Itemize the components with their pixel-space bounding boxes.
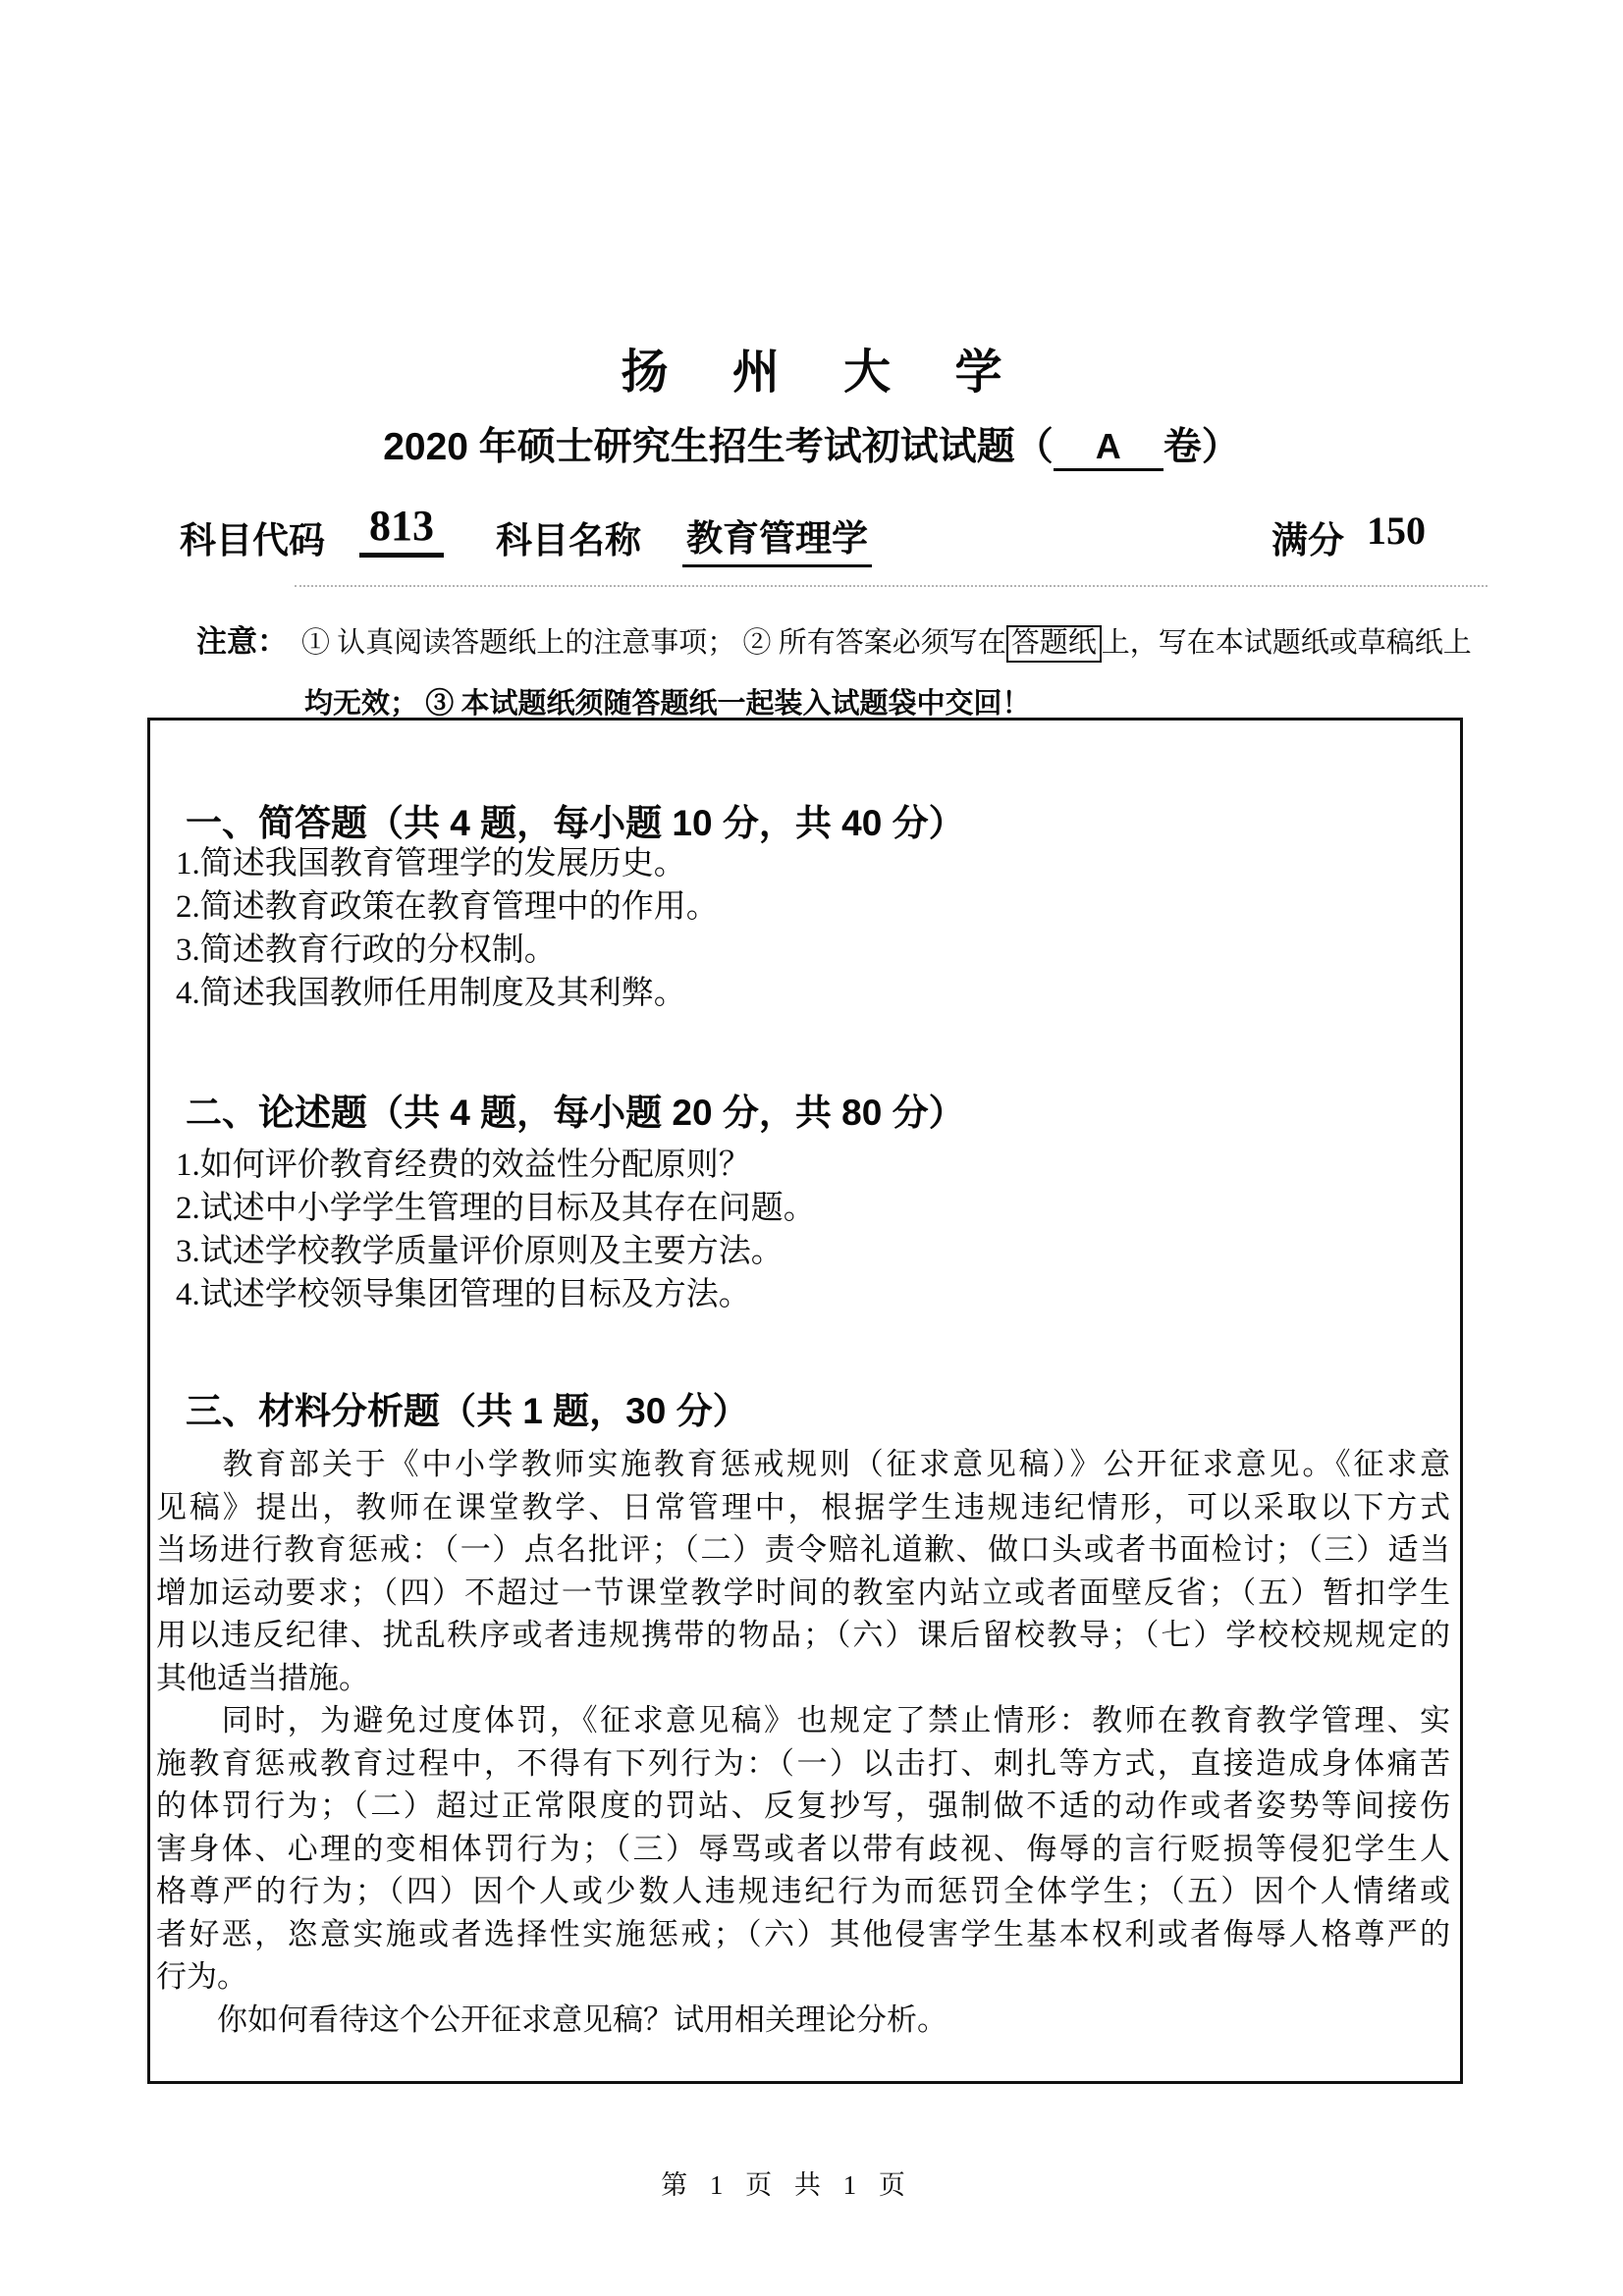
material-line: 害身体、心理的变相体罚行为；（三）辱骂或者以带有歧视、侮辱的言行贬损等侵犯学生人 bbox=[156, 1828, 1450, 1871]
material-line: 同时，为避免过度体罚，《征求意见稿》也规定了禁止情形：教师在教育教学管理、实 bbox=[156, 1699, 1450, 1742]
question-item: 3.试述学校教学质量评价原则及主要方法。 bbox=[176, 1230, 1440, 1273]
subject-code-label: 科目代码 bbox=[180, 510, 325, 563]
full-score-value: 150 bbox=[1367, 507, 1426, 554]
material-line: 其他适当措施。 bbox=[156, 1657, 1450, 1700]
material-line: 用以违反纪律、扰乱秩序或者违规携带的物品；（六）课后留校教导；（七）学校校规规定… bbox=[156, 1614, 1450, 1657]
exam-title-suffix: 卷） bbox=[1163, 426, 1240, 468]
notice-line-1: 注意：① 认真阅读答题纸上的注意事项； ② 所有答案必须写在答题纸上，写在本试题… bbox=[196, 622, 1502, 663]
subject-name-value: 教育管理学 bbox=[682, 508, 872, 567]
section-3-title: 三、材料分析题（共 1 题，30 分） bbox=[186, 1381, 749, 1434]
material-line: 的体罚行为；（二）超过正常限度的罚站、反复抄写，强制做不适的动作或者姿势等间接伤 bbox=[156, 1785, 1450, 1828]
section-3-material: 教育部关于《中小学教师实施教育惩戒规则（征求意见稿）》公开征求意见。《征求意 见… bbox=[156, 1443, 1450, 2041]
material-line: 行为。 bbox=[156, 1955, 1450, 1999]
subject-name-label: 科目名称 bbox=[496, 510, 641, 563]
question-box: 一、简答题（共 4 题，每小题 10 分，共 40 分） 1.简述我国教育管理学… bbox=[147, 718, 1463, 2084]
notice-text-seg1: ① 认真阅读答题纸上的注意事项； ② 所有答案必须写在 bbox=[301, 627, 1006, 659]
section-1-title: 一、简答题（共 4 题，每小题 10 分，共 40 分） bbox=[186, 793, 965, 846]
question-item: 3.简述教育行政的分权制。 bbox=[176, 929, 1440, 972]
paper-letter-underline: A bbox=[1054, 424, 1163, 471]
page-number-footer: 第 1 页 共 1 页 bbox=[0, 2163, 1574, 2202]
material-line: 教育部关于《中小学教师实施教育惩戒规则（征求意见稿）》公开征求意见。《征求意 bbox=[156, 1443, 1450, 1486]
exam-title-prefix: 2020 年硕士研究生招生考试初试试题（ bbox=[383, 426, 1054, 468]
material-line: 者好恶，恣意实施或者选择性实施惩戒；（六）其他侵害学生基本权利或者侮辱人格尊严的 bbox=[156, 1913, 1450, 1956]
question-item: 4.简述我国教师任用制度及其利弊。 bbox=[176, 972, 1440, 1015]
faint-dotted-divider bbox=[295, 585, 1488, 587]
section-2-title: 二、论述题（共 4 题，每小题 20 分，共 80 分） bbox=[186, 1083, 965, 1136]
question-item: 2.试述中小学学生管理的目标及其存在问题。 bbox=[176, 1187, 1440, 1230]
answer-sheet-boxed-term: 答题纸 bbox=[1006, 625, 1102, 663]
material-line: 增加运动要求；（四）不超过一节课堂教学时间的教室内站立或者面壁反省；（五）暂扣学… bbox=[156, 1572, 1450, 1615]
question-item: 1.如何评价教育经费的效益性分配原则？ bbox=[176, 1144, 1440, 1187]
material-line: 施教育惩戒教育过程中，不得有下列行为：（一）以击打、刺扎等方式，直接造成身体痛苦 bbox=[156, 1742, 1450, 1786]
question-item: 1.简述我国教育管理学的发展历史。 bbox=[176, 842, 1440, 885]
question-item: 4.试述学校领导集团管理的目标及方法。 bbox=[176, 1273, 1440, 1316]
university-name: 扬 州 大 学 bbox=[0, 334, 1623, 401]
notice-text-seg2: 上，写在本试题纸或草稿纸上 bbox=[1102, 627, 1472, 659]
notice-label: 注意： bbox=[196, 624, 288, 659]
question-item: 2.简述教育政策在教育管理中的作用。 bbox=[176, 885, 1440, 929]
full-score-label: 满分 bbox=[1271, 510, 1344, 563]
section-2-items: 1.如何评价教育经费的效益性分配原则？ 2.试述中小学学生管理的目标及其存在问题… bbox=[176, 1144, 1440, 1316]
material-line: 格尊严的行为；（四）因个人或少数人违规违纪行为而惩罚全体学生；（五）因个人情绪或 bbox=[156, 1870, 1450, 1913]
subject-code-value: 813 bbox=[359, 501, 444, 558]
exam-title: 2020 年硕士研究生招生考试初试试题（A卷） bbox=[0, 416, 1623, 471]
notice-line-2: 均无效； ③ 本试题纸须随答题纸一起装入试题袋中交回！ bbox=[304, 681, 1031, 721]
material-line: 见稿》提出，教师在课堂教学、日常管理中，根据学生违规违纪情形，可以采取以下方式 bbox=[156, 1486, 1450, 1529]
exam-paper-page: 扬 州 大 学 2020 年硕士研究生招生考试初试试题（A卷） 科目代码 813… bbox=[0, 0, 1623, 2296]
material-line: 当场进行教育惩戒：（一）点名批评；（二）责令赔礼道歉、做口头或者书面检讨；（三）… bbox=[156, 1528, 1450, 1572]
section-1-items: 1.简述我国教育管理学的发展历史。 2.简述教育政策在教育管理中的作用。 3.简… bbox=[176, 842, 1440, 1015]
exam-question-prompt: 你如何看待这个公开征求意见稿？试用相关理论分析。 bbox=[156, 1999, 1450, 2042]
